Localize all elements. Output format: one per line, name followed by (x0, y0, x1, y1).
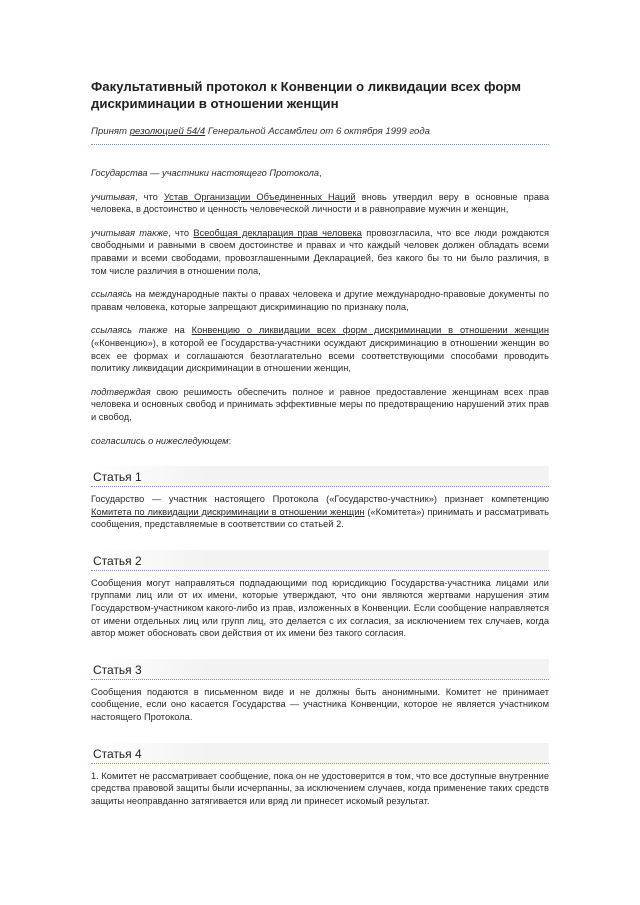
article-text: Сообщения могут направляться подпадающим… (91, 577, 549, 640)
udhr-link[interactable]: Всеобщая декларация прав человека (193, 228, 362, 238)
article-heading: Статья 2 (91, 550, 549, 571)
preamble-lead: учитывая также (91, 228, 168, 238)
article-3: Статья 3 Сообщения подаются в письменном… (91, 659, 549, 724)
preamble-paragraph: Государства — участники настоящего Прото… (91, 167, 549, 180)
title-divider (91, 144, 549, 145)
article-2: Статья 2 Сообщения могут направляться по… (91, 550, 549, 640)
committee-link[interactable]: Комитета по ликвидации дискриминации в о… (91, 507, 365, 517)
preamble-lead: согласились о нижеследующем (91, 436, 229, 446)
article-4: Статья 4 1. Комитет не рассматривает соо… (91, 743, 549, 808)
preamble-paragraph: подтверждая свою решимость обеспечить по… (91, 386, 549, 424)
preamble-paragraph: ссылаясь на международные пакты о правах… (91, 288, 549, 313)
un-charter-link[interactable]: Устав Организации Объединенных Наций (164, 192, 356, 202)
adoption-note: Принят резолюцией 54/4 Генеральной Ассам… (91, 126, 549, 138)
adoption-prefix: Принят (91, 126, 130, 137)
preamble-lead: Государства — участники настоящего Прото… (91, 168, 319, 178)
document-title: Факультативный протокол к Конвенции о ли… (91, 78, 549, 112)
cedaw-link[interactable]: Конвенцию о ликвидации всех форм дискрим… (192, 325, 549, 335)
article-text: Государство — участник настоящего Проток… (91, 493, 549, 531)
preamble-lead: ссылаясь также (91, 325, 168, 335)
preamble-paragraph: учитывая, что Устав Организации Объедине… (91, 191, 549, 216)
preamble-paragraph: ссылаясь также на Конвенцию о ликвидации… (91, 324, 549, 374)
preamble-lead: учитывая (91, 192, 135, 202)
article-heading: Статья 4 (91, 743, 549, 764)
article-heading: Статья 1 (91, 466, 549, 487)
preamble-paragraph: учитывая также, что Всеобщая декларация … (91, 227, 549, 277)
article-text: 1. Комитет не рассматривает сообщение, п… (91, 770, 549, 808)
preamble: Государства — участники настоящего Прото… (91, 167, 549, 447)
adoption-suffix: Генеральной Ассамблеи от 6 октября 1999 … (205, 126, 430, 137)
article-heading: Статья 3 (91, 659, 549, 680)
preamble-lead: подтверждая (91, 387, 151, 397)
document-page: Факультативный протокол к Конвенции о ли… (91, 78, 549, 807)
resolution-link[interactable]: резолюцией 54/4 (130, 126, 206, 137)
preamble-lead: ссылаясь (91, 289, 132, 299)
article-text: Сообщения подаются в письменном виде и н… (91, 686, 549, 724)
article-1: Статья 1 Государство — участник настояще… (91, 466, 549, 531)
preamble-paragraph: согласились о нижеследующем: (91, 435, 549, 448)
